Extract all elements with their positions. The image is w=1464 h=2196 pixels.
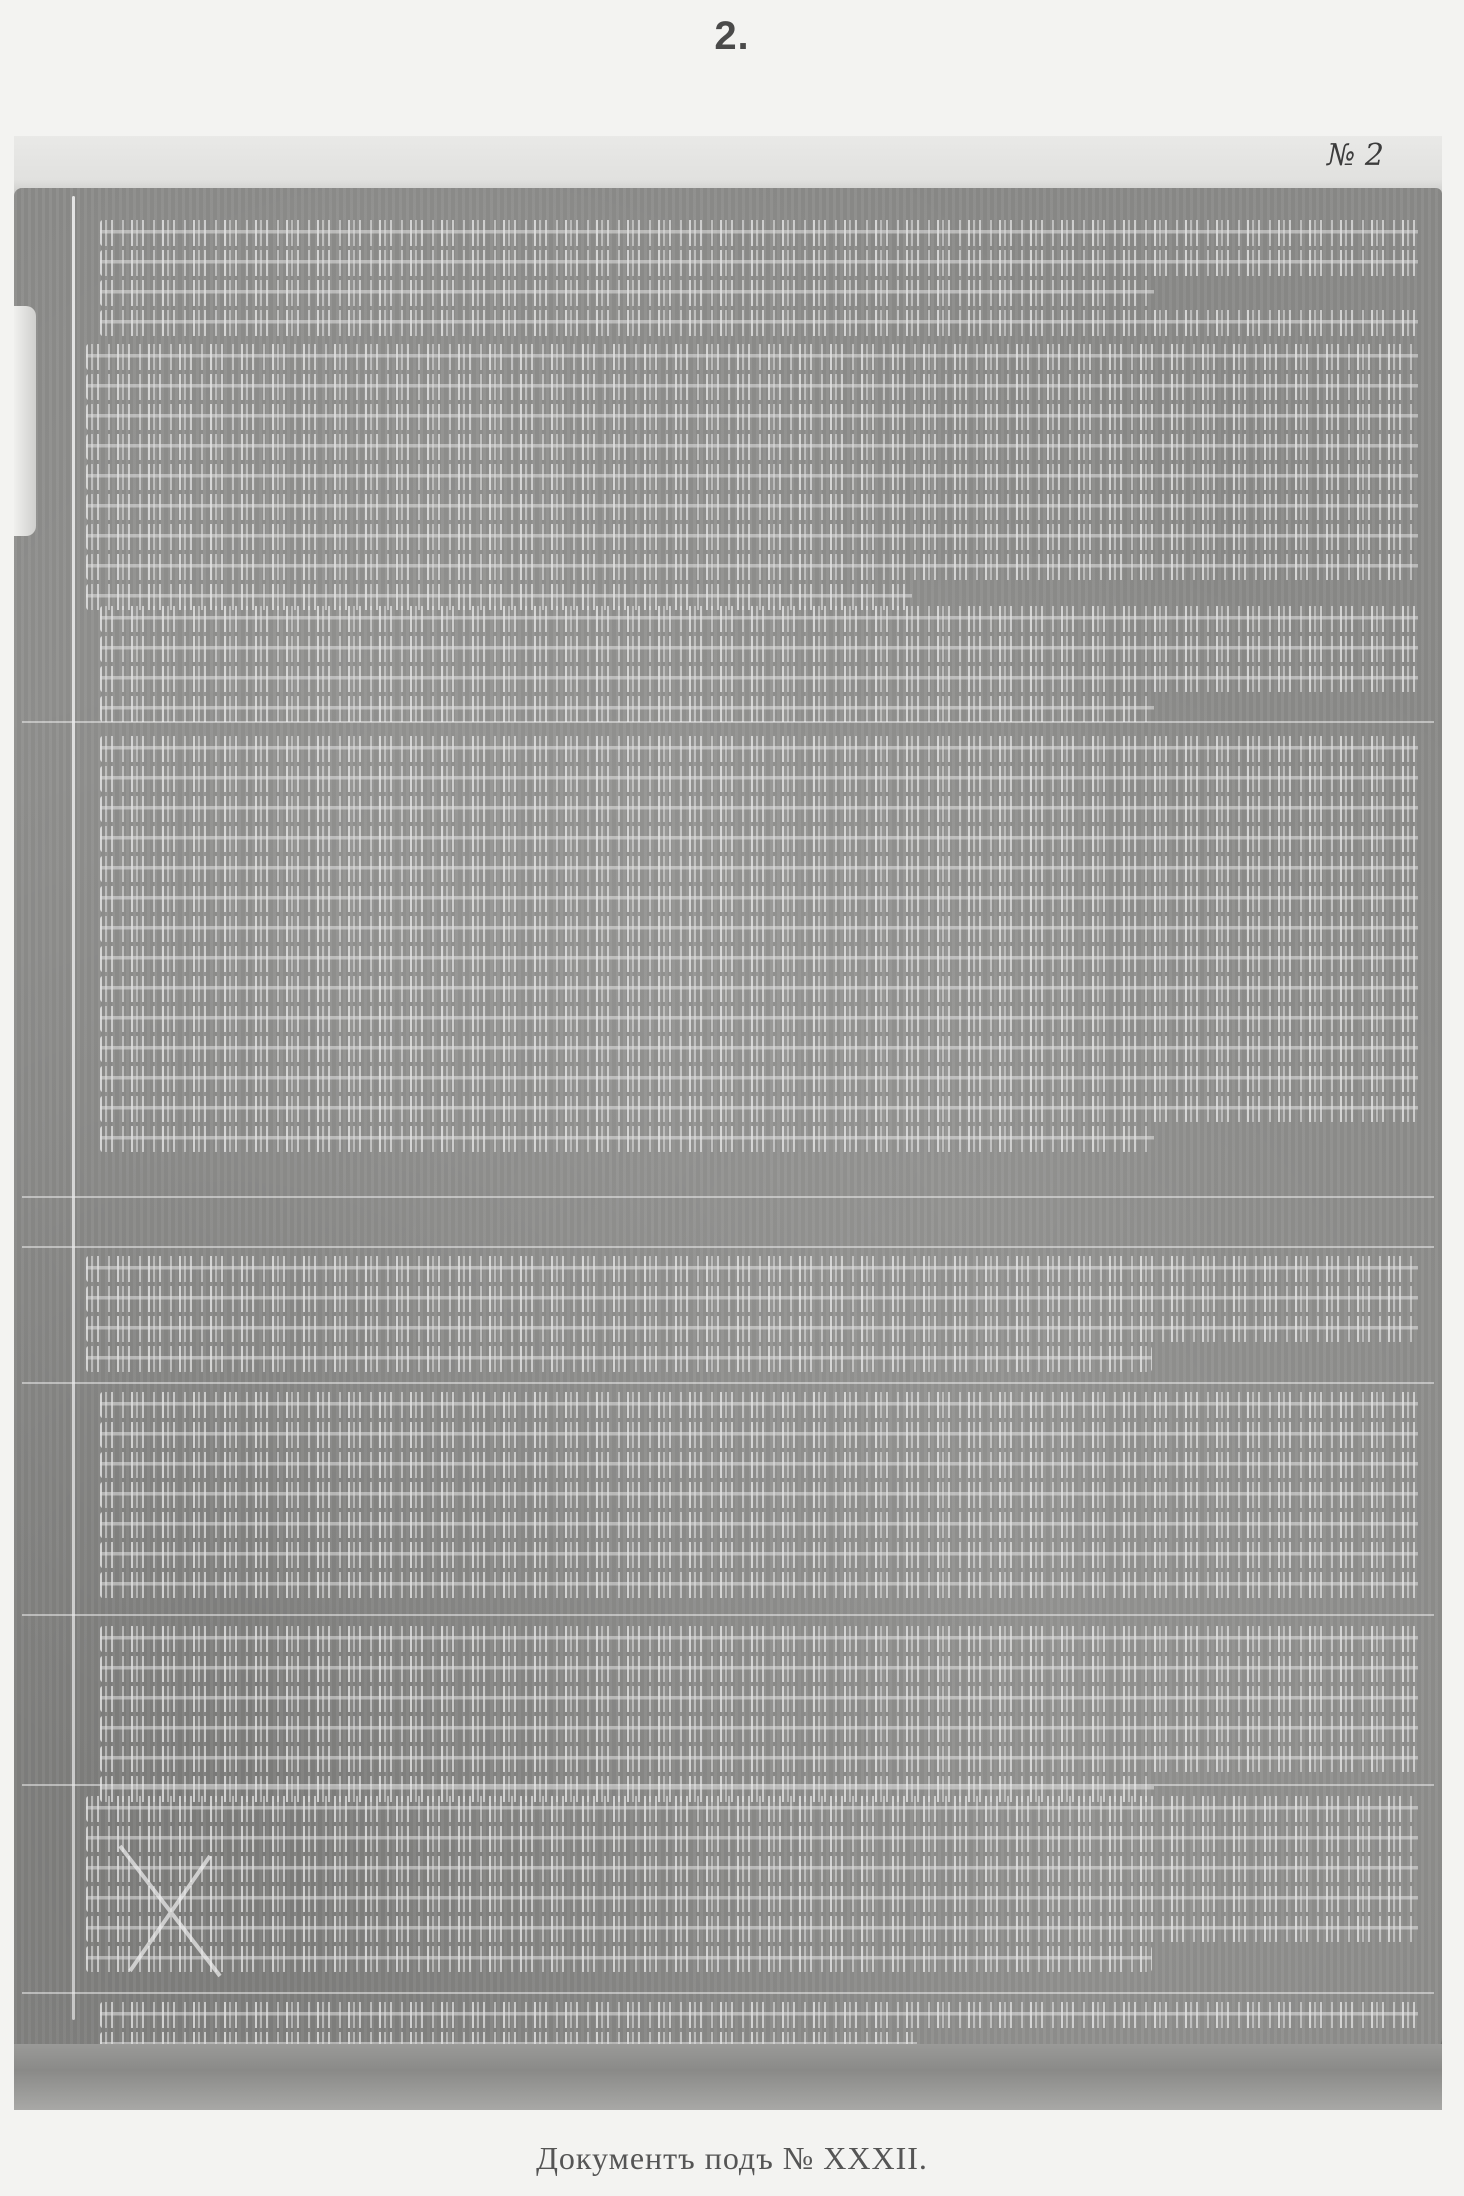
manuscript-paragraph	[86, 344, 1418, 614]
paragraph-divider	[22, 1614, 1434, 1616]
manuscript-photograph: № 2	[14, 136, 1442, 2110]
cross-out-mark-icon	[110, 1836, 230, 1986]
page-number: 2.	[0, 14, 1464, 59]
paragraph-divider	[22, 1196, 1434, 1198]
sheet-torn-edge	[14, 306, 36, 536]
manuscript-paragraph	[100, 736, 1418, 1156]
paragraph-divider	[22, 1992, 1434, 1994]
paragraph-divider	[22, 1382, 1434, 1384]
manuscript-paragraph	[86, 1796, 1418, 1976]
manuscript-paragraph	[100, 1392, 1418, 1602]
manuscript-paragraph	[100, 1626, 1418, 1806]
paragraph-divider	[22, 1246, 1434, 1248]
archive-number-mark: № 2	[1327, 138, 1384, 173]
plate-bottom-margin	[14, 2044, 1442, 2110]
margin-rule	[72, 196, 75, 2020]
manuscript-paragraph	[86, 1256, 1418, 1376]
document-caption: Документъ подъ № XXXII.	[0, 2140, 1464, 2177]
manuscript-paragraph	[100, 220, 1418, 340]
manuscript-paragraph	[100, 606, 1418, 726]
